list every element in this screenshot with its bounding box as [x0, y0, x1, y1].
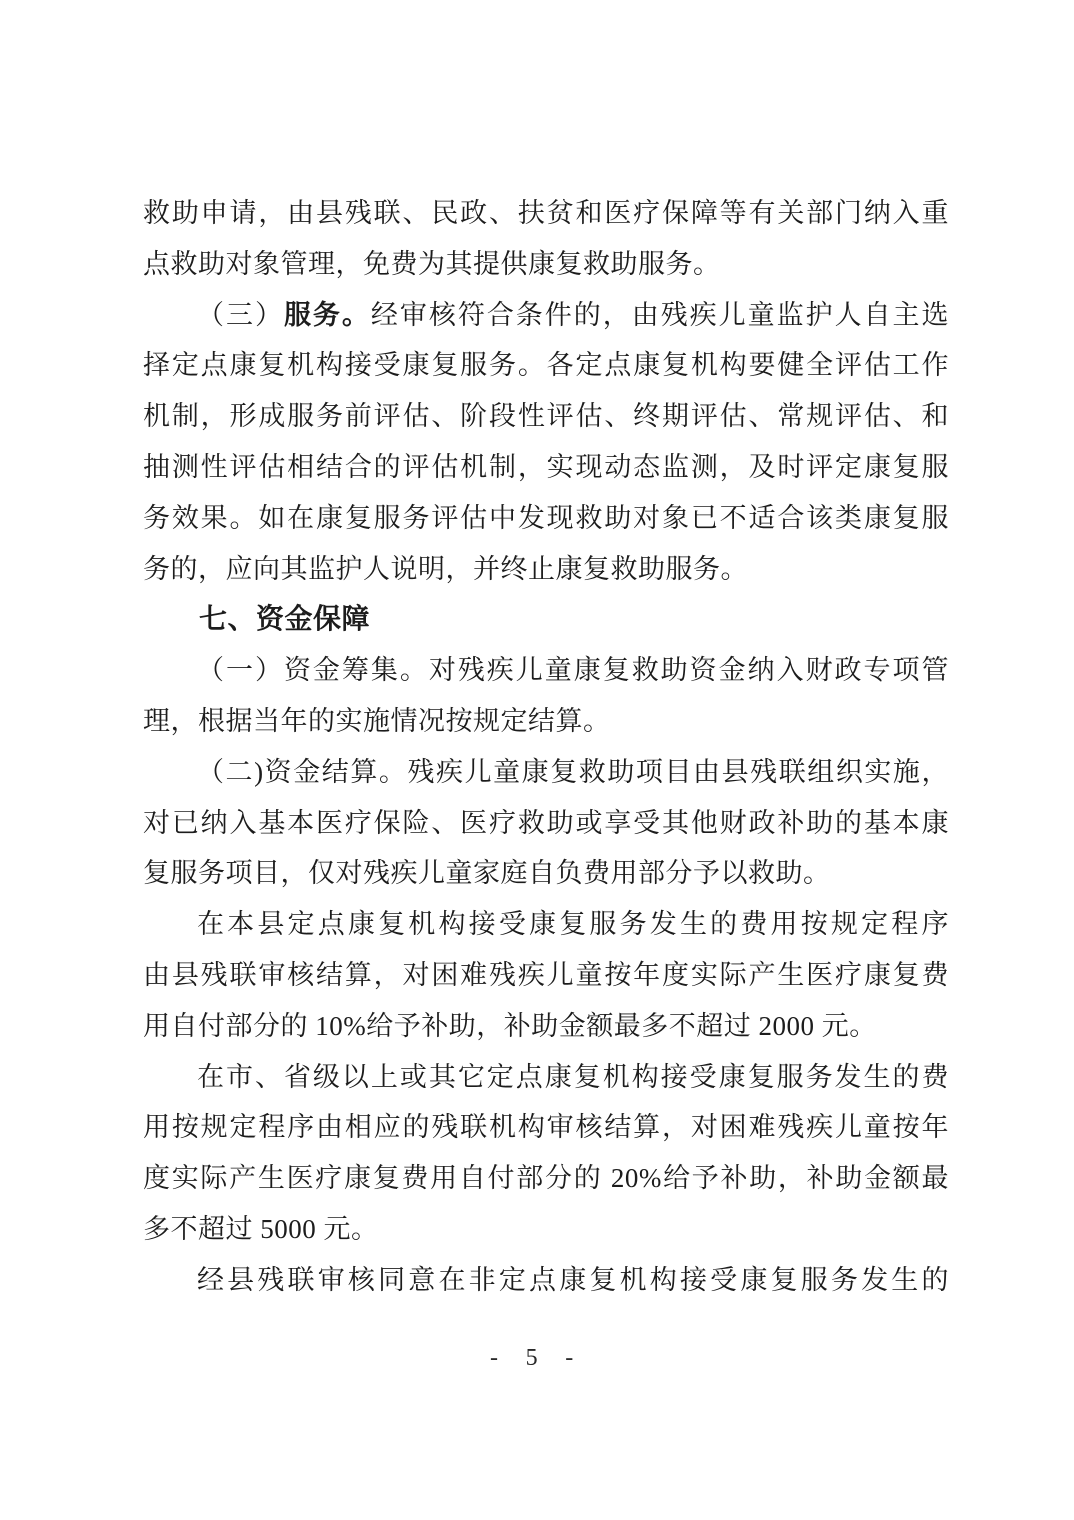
body-text: 抽测性评估相结合的评估机制，实现动态监测，及时评定康复服: [143, 452, 949, 482]
body-text: 用按规定程序由相应的残联机构审核结算，对困难残疾儿童按年: [143, 1112, 949, 1142]
body-text: 理，根据当年的实施情况按规定结算。: [143, 706, 611, 736]
body-text: 点救助对象管理，免费为其提供康复救助服务。: [143, 249, 721, 279]
body-text: 务效果。如在康复服务评估中发现救助对象已不适合该类康复服: [143, 503, 949, 533]
text-line: 用按规定程序由相应的残联机构审核结算，对困难残疾儿童按年: [143, 1102, 949, 1153]
body-text: 择定点康复机构接受康复服务。各定点康复机构要健全评估工作: [143, 350, 949, 380]
body-text: 用自付部分的 10%给予补助，补助金额最多不超过 2000 元。: [143, 1011, 877, 1041]
text-line: 多不超过 5000 元。: [143, 1204, 949, 1255]
section-heading: 七、资金保障: [143, 594, 949, 645]
text-line: 在本县定点康复机构接受康复服务发生的费用按规定程序: [143, 899, 949, 950]
body-text: （三）: [197, 300, 284, 330]
body-text: 机制，形成服务前评估、阶段性评估、终期评估、常规评估、和: [143, 401, 949, 431]
text-line: 度实际产生医疗康复费用自付部分的 20%给予补助，补助金额最: [143, 1153, 949, 1204]
text-line: 在市、省级以上或其它定点康复机构接受康复服务发生的费: [143, 1052, 949, 1103]
text-line: 经县残联审核同意在非定点康复机构接受康复服务发生的: [143, 1255, 949, 1306]
text-line: （二)资金结算。残疾儿童康复救助项目由县残联组织实施，: [143, 747, 949, 798]
document-body: 救助申请，由县残联、民政、扶贫和医疗保障等有关部门纳入重点救助对象管理，免费为其…: [143, 188, 949, 1306]
text-line: 择定点康复机构接受康复服务。各定点康复机构要健全评估工作: [143, 340, 949, 391]
text-line: 务效果。如在康复服务评估中发现救助对象已不适合该类康复服: [143, 493, 949, 544]
text-line: 用自付部分的 10%给予补助，补助金额最多不超过 2000 元。: [143, 1001, 949, 1052]
body-text: 由县残联审核结算，对困难残疾儿童按年度实际产生医疗康复费: [143, 960, 949, 990]
body-text: （二)资金结算。残疾儿童康复救助项目由县残联组织实施，: [197, 757, 949, 787]
body-text: 在本县定点康复机构接受康复服务发生的费用按规定程序: [197, 909, 949, 939]
text-line: 对已纳入基本医疗保险、医疗救助或享受其他财政补助的基本康: [143, 798, 949, 849]
text-line: 由县残联审核结算，对困难残疾儿童按年度实际产生医疗康复费: [143, 950, 949, 1001]
page-footer: - 5 -: [0, 1338, 1074, 1378]
body-text: 务的，应向其监护人说明，并终止康复救助服务。: [143, 554, 748, 584]
emphasized-text: 七、资金保障: [199, 603, 370, 634]
emphasized-text: 服务。: [284, 300, 371, 330]
text-line: （三）服务。经审核符合条件的，由残疾儿童监护人自主选: [143, 290, 949, 341]
document-page: 救助申请，由县残联、民政、扶贫和医疗保障等有关部门纳入重点救助对象管理，免费为其…: [0, 0, 1074, 1520]
body-text: 复服务项目，仅对残疾儿童家庭自负费用部分予以救助。: [143, 858, 831, 888]
text-line: 理，根据当年的实施情况按规定结算。: [143, 696, 949, 747]
body-text: 度实际产生医疗康复费用自付部分的 20%给予补助，补助金额最: [143, 1163, 949, 1193]
page-number: - 5 -: [490, 1345, 584, 1371]
body-text: 经审核符合条件的，由残疾儿童监护人自主选: [371, 300, 949, 330]
body-text: 经县残联审核同意在非定点康复机构接受康复服务发生的: [197, 1265, 949, 1295]
body-text: 多不超过 5000 元。: [143, 1214, 379, 1244]
text-line: 务的，应向其监护人说明，并终止康复救助服务。: [143, 544, 949, 595]
body-text: 救助申请，由县残联、民政、扶贫和医疗保障等有关部门纳入重: [143, 198, 949, 228]
text-line: 机制，形成服务前评估、阶段性评估、终期评估、常规评估、和: [143, 391, 949, 442]
body-text: 对已纳入基本医疗保险、医疗救助或享受其他财政补助的基本康: [143, 808, 949, 838]
text-line: 抽测性评估相结合的评估机制，实现动态监测，及时评定康复服: [143, 442, 949, 493]
text-line: （一）资金筹集。对残疾儿童康复救助资金纳入财政专项管: [143, 645, 949, 696]
text-line: 救助申请，由县残联、民政、扶贫和医疗保障等有关部门纳入重: [143, 188, 949, 239]
body-text: （一）资金筹集。对残疾儿童康复救助资金纳入财政专项管: [197, 655, 949, 685]
text-line: 复服务项目，仅对残疾儿童家庭自负费用部分予以救助。: [143, 848, 949, 899]
body-text: 在市、省级以上或其它定点康复机构接受康复服务发生的费: [197, 1062, 949, 1092]
text-line: 点救助对象管理，免费为其提供康复救助服务。: [143, 239, 949, 290]
